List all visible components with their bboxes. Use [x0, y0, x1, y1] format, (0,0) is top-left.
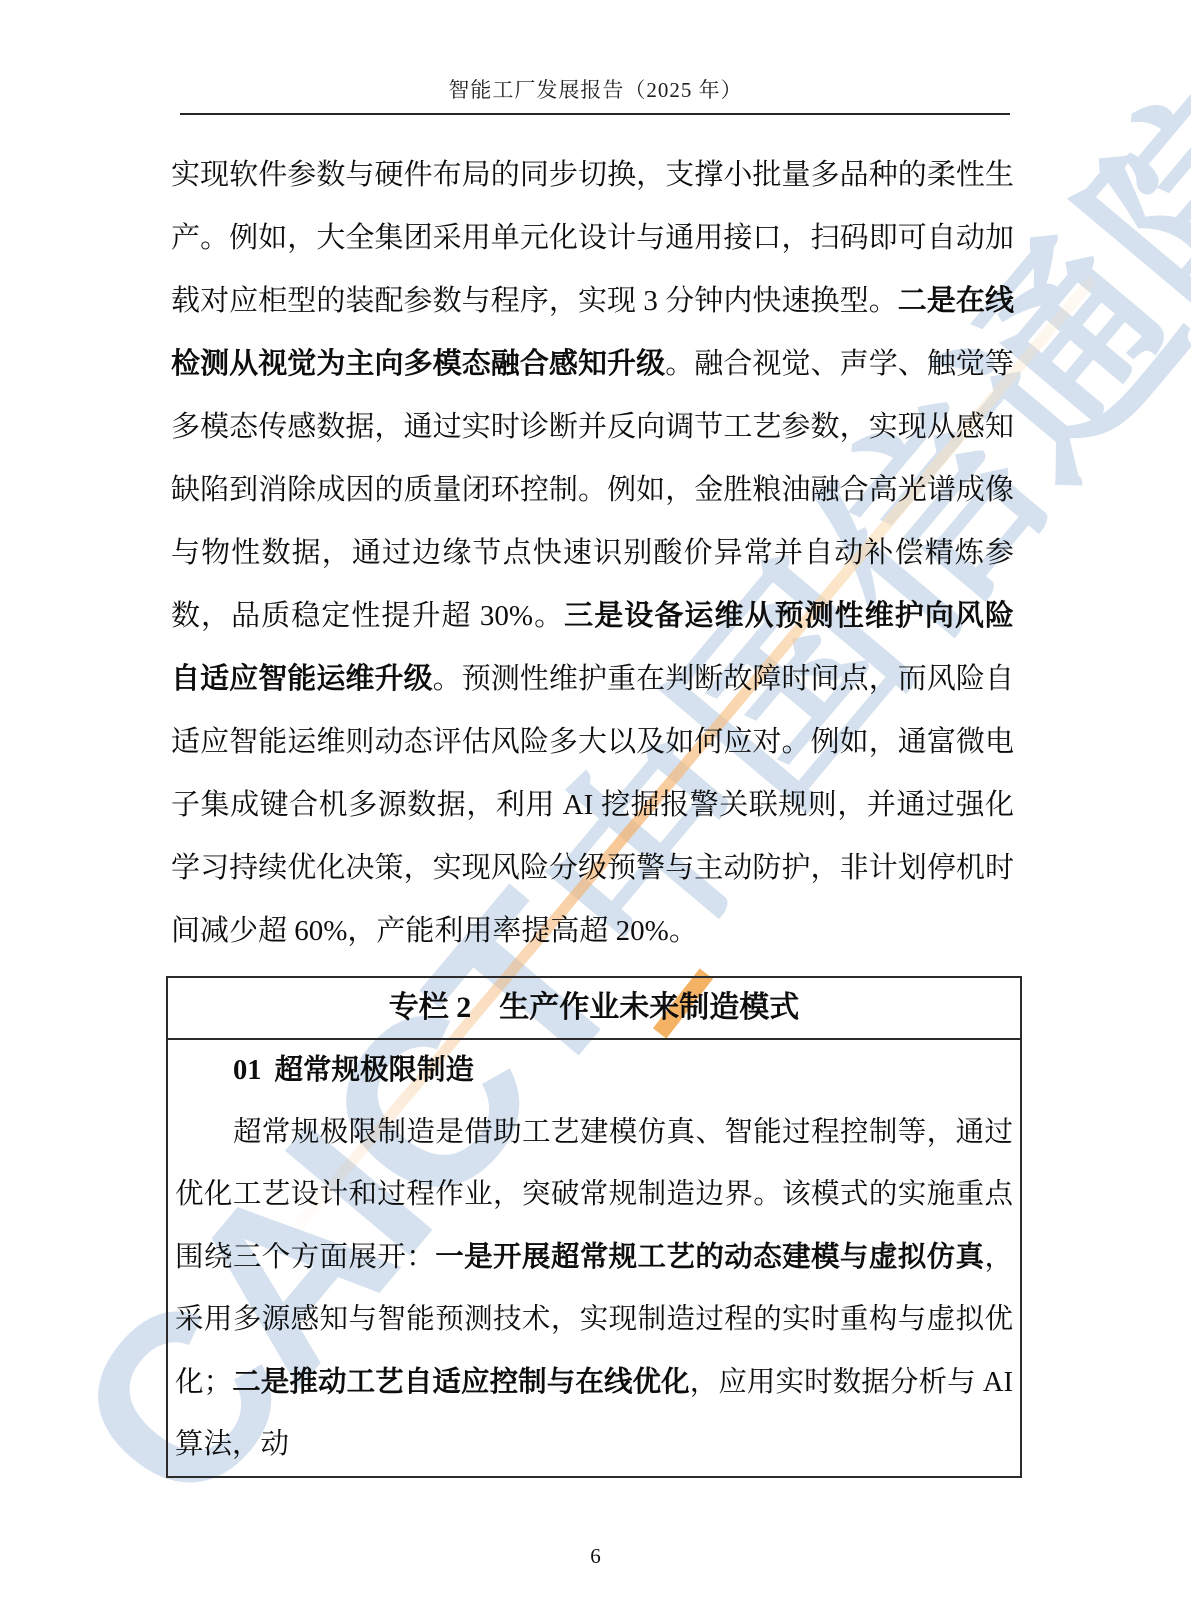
box-paragraph: 超常规极限制造是借助工艺建模仿真、智能过程控制等，通过优化工艺设计和过程作业，突… — [175, 1102, 1013, 1476]
column-box-title: 专栏 2生产作业未来制造模式 — [168, 978, 1020, 1040]
box-section-heading: 01超常规极限制造 — [175, 1040, 1013, 1102]
box-section-title: 超常规极限制造 — [275, 1055, 475, 1086]
column-box-title-text: 生产作业未来制造模式 — [499, 991, 799, 1024]
paragraph-run: 。融合视觉、声学、触觉等多模态传感数据，通过实时诊断并反向调节工艺参数，实现从感… — [171, 348, 1014, 632]
paragraph-run-bold: 一是开展超常规工艺的动态建模与虚拟仿真 — [435, 1241, 984, 1273]
column-box-body: 01超常规极限制造 超常规极限制造是借助工艺建模仿真、智能过程控制等，通过优化工… — [168, 1040, 1020, 1476]
box-section-number: 01 — [233, 1055, 262, 1086]
column-box-title-prefix: 专栏 2 — [389, 991, 472, 1024]
column-box: 专栏 2生产作业未来制造模式 01超常规极限制造 超常规极限制造是借助工艺建模仿… — [166, 976, 1022, 1478]
paragraph-run: 实现软件参数与硬件布局的同步切换，支撑小批量多品种的柔性生产。例如，大全集团采用… — [171, 159, 1014, 317]
paragraph-run: 。预测性维护重在判断故障时间点，而风险自适应智能运维则动态评估风险多大以及如何应… — [171, 663, 1014, 947]
page-content: 智能工厂发展报告（2025 年） 实现软件参数与硬件布局的同步切换，支撑小批量多… — [0, 0, 1191, 1569]
page-number: 6 — [0, 1544, 1191, 1569]
running-header-title: 智能工厂发展报告（2025 年） — [0, 0, 1191, 104]
document-page: CAICT中国信通院 智能工厂发展报告（2025 年） 实现软件参数与硬件布局的… — [0, 0, 1191, 1616]
paragraph-run-bold: 二是推动工艺自适应控制与在线优化 — [232, 1366, 690, 1398]
header-rule — [180, 113, 1010, 115]
body-paragraph: 实现软件参数与硬件布局的同步切换，支撑小批量多品种的柔性生产。例如，大全集团采用… — [171, 144, 1014, 963]
